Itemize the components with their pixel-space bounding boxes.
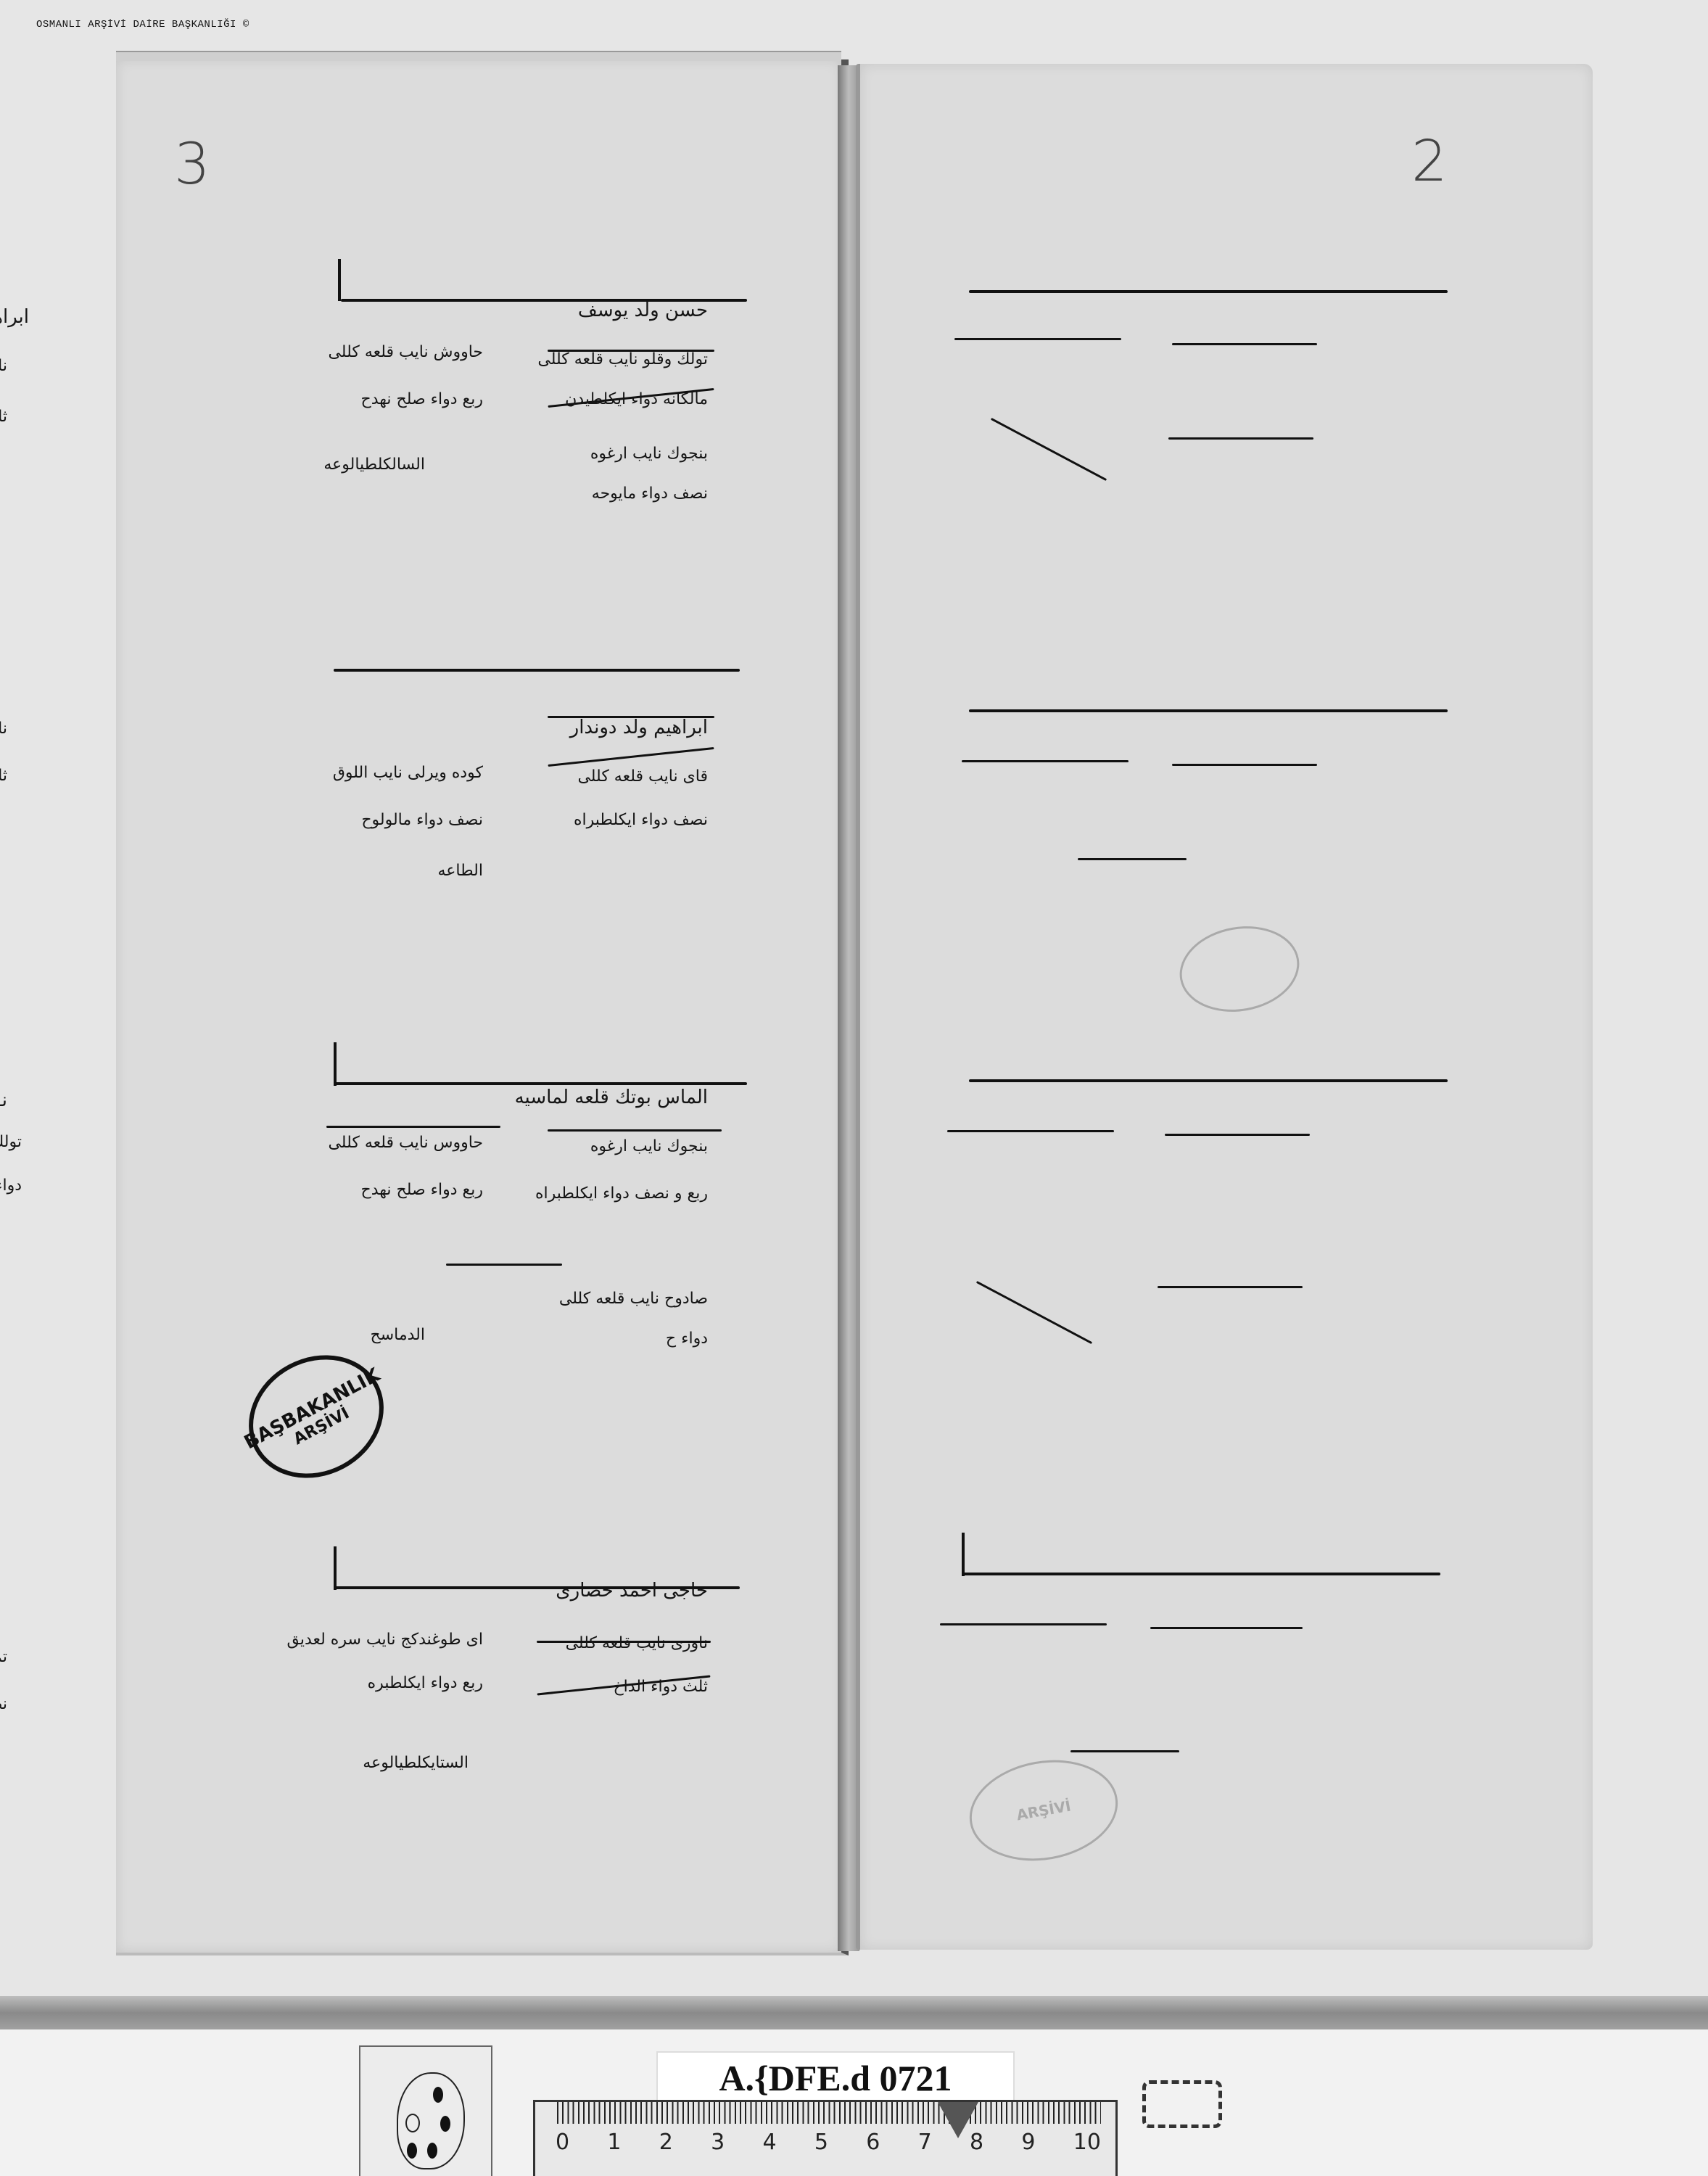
sub-rule — [991, 418, 1107, 481]
sub-rule — [548, 1129, 722, 1132]
entry-row: تولك وقلو نايب قلعه كللى — [537, 350, 708, 368]
right-page: 2 حسن ولد يوسف تولك وقلو نايب قلعه كللى … — [856, 64, 1593, 1950]
ruler-unit: 0 — [556, 2130, 569, 2155]
entry-row: ربع و نصف دواء ايكلطبراه — [535, 1184, 708, 1203]
entry-heading: حاجى احمد حصارى — [556, 1580, 708, 1602]
sub-rule — [1172, 764, 1317, 766]
entry-row: حاووش نايب قلعه كللى — [328, 343, 483, 361]
faint-stamp: ARŞİVİ — [962, 1749, 1126, 1872]
ruler-unit: 10 — [1073, 2130, 1101, 2155]
sub-rule — [962, 760, 1129, 762]
entry-hook — [962, 1533, 965, 1576]
entry-row: بنجوك نايب ارغوه — [590, 445, 708, 463]
ruler-unit: 2 — [659, 2130, 673, 2155]
entry-row: ثلث دواء الداخ — [613, 1678, 708, 1696]
entry-row: ربع دواء ايكلطبره — [368, 1674, 483, 1692]
ruler-unit: 7 — [918, 2130, 932, 2155]
sub-rule — [976, 1281, 1092, 1344]
entry-rule — [969, 1079, 1448, 1082]
ruler-unit: 3 — [711, 2130, 725, 2155]
entry-row: ناورى نايب قلعه كللى — [566, 1634, 708, 1652]
folio-number: 3 — [174, 132, 210, 197]
entry-row: ثلث دواء الداخ — [0, 408, 7, 426]
sub-rule — [1070, 1750, 1179, 1752]
entry-heading: ابراهيم ولد دوندار — [570, 717, 708, 738]
archive-watermark: OSMANLI ARŞİVİ DAİRE BAŞKANLIĞI © — [36, 19, 249, 30]
entry-row: ثلث دواء الداخ — [0, 767, 7, 785]
palette-icon — [397, 2072, 465, 2169]
entry-footer: الدماسح — [371, 1326, 426, 1344]
ruler-marker-icon — [938, 2102, 978, 2138]
entry-row: نصف دواء ايكلطبراه — [574, 811, 708, 829]
entry-footer: الطاعه — [438, 862, 484, 880]
entry-row: كوده ويرلى نايب اللوق — [333, 764, 483, 782]
entry-row: ناورى نايب قلعه كللى — [0, 720, 7, 738]
measurement-ruler: 0 1 2 3 4 5 6 7 8 9 10 — [533, 2100, 1118, 2176]
entry-row: دواء و مالكانه بش جمعنه يرمس — [0, 1176, 22, 1195]
entry-row: نصف دواء مايوحه — [592, 485, 708, 503]
folio-number: 2 — [1411, 129, 1448, 194]
sub-rule — [1078, 858, 1187, 860]
sub-rule — [1168, 437, 1313, 440]
color-target-card — [359, 2045, 492, 2176]
sub-rule — [446, 1264, 562, 1266]
entry-row: قاى نايب قلعه كللى — [577, 767, 708, 786]
sub-rule — [954, 338, 1121, 340]
ruler-numbers: 0 1 2 3 4 5 6 7 8 9 10 — [556, 2130, 1101, 2155]
entry-row: مالكانه دواء ايكلطيدن — [565, 390, 708, 408]
entry-rule — [334, 669, 740, 672]
entry-row: نصف دواء مالولوح — [361, 811, 483, 829]
entry-row: تمورلوى نايب قلعه كللى — [0, 1648, 7, 1666]
ruler-unit: 6 — [866, 2130, 880, 2155]
call-number-label: A.{DFE.d 0721 — [656, 2051, 1015, 2105]
ruler-unit: 1 — [607, 2130, 621, 2155]
entry-hook — [338, 259, 341, 301]
entry-row: اى طوغندكج نايب سره لعديق — [286, 1631, 483, 1649]
sub-rule — [1150, 1627, 1303, 1629]
entry-row: ربع دواء صلح نهدح — [361, 390, 484, 408]
entry-row: بنجوك نايب ارغوه — [590, 1137, 708, 1155]
entry-footer: الستايكلطيالوعه — [363, 1754, 469, 1772]
sub-rule — [1158, 1286, 1303, 1288]
ruler-unit: 5 — [814, 2130, 828, 2155]
entry-row: تولك وقلو نايب قلعه كللى — [0, 1133, 22, 1151]
entry-heading: ابراهيم ولد طورخان — [0, 306, 29, 328]
entry-rule — [334, 1082, 747, 1085]
entry-row: ناورى نايب قلعه كللى — [0, 357, 7, 375]
ruler-unit: 9 — [1021, 2130, 1035, 2155]
sub-rule — [947, 1130, 1114, 1132]
entry-heading: الماس بوتك قلعه لماسيه — [515, 1087, 708, 1108]
ruler-unit: 4 — [763, 2130, 777, 2155]
faint-stamp — [1173, 917, 1306, 1021]
entry-heading: حسن ولد يوسف — [578, 300, 708, 321]
entry-rule — [962, 1573, 1440, 1575]
entry-hook — [334, 1546, 337, 1590]
entry-row: حاووس نايب قلعه كللى — [328, 1134, 483, 1152]
archive-stamp: BAŞBAKANLIK ARŞİVİ — [227, 1332, 405, 1501]
entry-footer: السالكلطيالوعه — [323, 456, 425, 474]
entry-rule — [969, 709, 1448, 712]
sub-rule — [1165, 1134, 1310, 1136]
sub-rule — [326, 1126, 500, 1128]
entry-row: صادوح نايب قلعه كللى — [559, 1290, 708, 1308]
sub-rule — [1172, 343, 1317, 345]
binder-clip-icon — [1142, 2080, 1222, 2128]
scanner-band — [0, 1996, 1708, 2029]
sub-rule — [940, 1623, 1107, 1625]
entry-row: ربع دواء صلح نهدح — [361, 1181, 484, 1199]
entry-hook — [334, 1042, 337, 1086]
stamp-text: ARŞİVİ — [1015, 1797, 1073, 1824]
ruler-ticks — [557, 2102, 1101, 2124]
entry-row: دواء ح — [666, 1330, 708, 1348]
sub-rule — [548, 747, 714, 767]
entry-heading: نوتيجياف قلعه لماسيه — [0, 1089, 7, 1111]
entry-row: نصف دواء الكاذرحه — [0, 1695, 7, 1713]
entry-rule — [969, 290, 1448, 293]
